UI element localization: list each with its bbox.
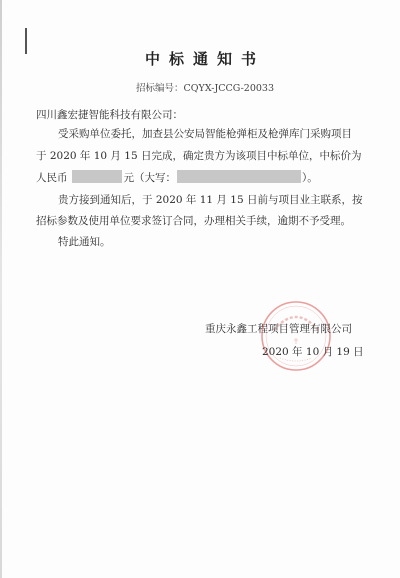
redacted-amount-words	[177, 170, 301, 183]
bid-number-label: 招标编号：	[136, 83, 184, 94]
issue-date: 2020 年 10 月 19 日	[262, 344, 364, 359]
document-title: 中标通知书	[0, 48, 400, 69]
paragraph-1-line-1: 受采购单位委托，加查县公安局智能枪弹柜及枪弹库门采购项目	[58, 126, 368, 141]
paragraph-1-line-3: 人民币元（大写：）。	[36, 170, 346, 185]
closing-paren: ）。	[302, 172, 318, 184]
paragraph-1-line-2: 于 2020 年 10 月 15 日完成，确定贵方为该项目中标单位，中标价为	[36, 148, 346, 163]
paragraph-2-line-2: 招标参数及使用单位要求签订合同，办理相关手续，逾期不予受理。	[36, 213, 346, 228]
redacted-amount	[72, 170, 122, 183]
issuer-organization: 重庆永鑫工程项目管理有限公司	[205, 321, 352, 336]
bid-number-value: CQYX-JCCG-20033	[184, 83, 275, 94]
amount-words-label: 元（大写：	[124, 172, 177, 184]
paragraph-3: 特此通知。	[58, 234, 368, 249]
paragraph-2-line-1: 贵方接到通知后，于 2020 年 11 月 15 日前与项目业主联系，按	[58, 192, 368, 207]
official-seal-icon	[260, 300, 332, 372]
currency-label: 人民币	[36, 172, 68, 184]
document-page: 中标通知书 招标编号：CQYX-JCCG-20033 四川鑫宏捷智能科技有限公司…	[0, 0, 400, 578]
addressee: 四川鑫宏捷智能科技有限公司：	[36, 107, 183, 122]
bid-number: 招标编号：CQYX-JCCG-20033	[0, 80, 400, 94]
